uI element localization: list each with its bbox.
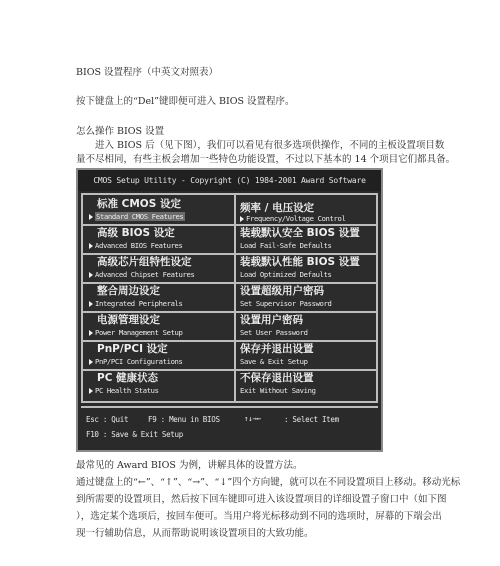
triangle-right-icon bbox=[240, 216, 244, 222]
doc-del-instruction: 按下键盘上的“Del”键即便可进入 BIOS 设置程序。 bbox=[76, 95, 295, 108]
bios-item-pc-health[interactable]: PC 健康状态 PC Health Status bbox=[83, 371, 234, 398]
bios-item-en: Advanced Chipset Features bbox=[95, 270, 194, 279]
triangle-right-icon bbox=[89, 214, 93, 220]
triangle-right-icon bbox=[89, 330, 93, 336]
bios-item-load-fail-safe[interactable]: 装载默认安全 BIOS 设置 Load Fail-Safe Defaults bbox=[236, 226, 376, 255]
bios-item-cn: 电源管理设定 bbox=[97, 314, 160, 327]
bios-item-en: Set Supervisor Password bbox=[240, 298, 331, 309]
bios-menu-grid: 标准 CMOS 设定 Standard CMOS Features 高级 BIO… bbox=[81, 193, 378, 403]
bios-item-supervisor-password[interactable]: 设置超级用户密码 Set Supervisor Password bbox=[236, 284, 376, 313]
bios-footer-help: Esc : Quit F9 : Menu in BIOS ↑↓→← : Sele… bbox=[81, 406, 378, 447]
f10-save-exit-hint: F10 : Save & Exit Setup bbox=[86, 430, 183, 439]
bios-right-column: 频率 / 电压设定 Frequency/Voltage Control 装载默认… bbox=[236, 195, 376, 401]
section-heading: 怎么操作 BIOS 设置 bbox=[76, 125, 164, 138]
bios-item-cn: PC 健康状态 bbox=[97, 372, 158, 385]
bios-item-power-management[interactable]: 电源管理设定 Power Management Setup bbox=[83, 313, 234, 342]
triangle-right-icon bbox=[89, 243, 93, 249]
intro-paragraph-line-1: 进入 BIOS 后（见下图），我们可以看见有很多选项供操作，不同的主板设置项目数 bbox=[76, 139, 444, 152]
navigation-paragraph-line-4: 现一行辅助信息，从而帮助说明该设置项目的大致功能。 bbox=[76, 527, 314, 540]
intro-paragraph-line-2: 量不尽相同，有些主板会增加一些特色功能设置，不过以下基本的 14 个项目它们都具… bbox=[76, 153, 455, 166]
bios-item-cn: 保存并退出设置 bbox=[240, 343, 314, 356]
bios-item-en: Save & Exit Setup bbox=[240, 356, 308, 367]
bios-item-cn: 装载默认性能 BIOS 设置 bbox=[240, 256, 360, 269]
bios-item-save-exit[interactable]: 保存并退出设置 Save & Exit Setup bbox=[236, 342, 376, 371]
bios-item-pnp-pci[interactable]: PnP/PCI 设定 PnP/PCI Configurations bbox=[83, 342, 234, 371]
bios-item-cn: 装载默认安全 BIOS 设置 bbox=[240, 227, 360, 240]
bios-item-cn: 高级芯片组特性设定 bbox=[97, 256, 192, 269]
triangle-right-icon bbox=[89, 272, 93, 278]
bios-item-en: Integrated Peripherals bbox=[95, 299, 183, 308]
bios-item-en: Power Management Setup bbox=[95, 328, 183, 337]
bios-item-cn: PnP/PCI 设定 bbox=[97, 343, 168, 356]
bios-title-bar: CMOS Setup Utility - Copyright (C) 1984-… bbox=[78, 170, 381, 191]
triangle-right-icon bbox=[89, 359, 93, 365]
triangle-right-icon bbox=[89, 301, 93, 307]
bios-item-cn: 整合周边设定 bbox=[97, 285, 160, 298]
triangle-right-icon bbox=[89, 388, 93, 394]
bios-screenshot: CMOS Setup Utility - Copyright (C) 1984-… bbox=[76, 168, 383, 452]
navigation-paragraph-line-3: ），选定某个选项后，按回车便可。当用户将光标移动到不同的选项时，屏幕的下端会出 bbox=[76, 510, 442, 523]
bios-item-load-optimized[interactable]: 装载默认性能 BIOS 设置 Load Optimized Defaults bbox=[236, 255, 376, 284]
navigation-paragraph-line-2: 到所需要的设置项目，然后按下回车键即可进入该设置项目的详细设置子窗口中（如下图 bbox=[76, 493, 447, 506]
bios-item-standard-cmos[interactable]: 标准 CMOS 设定 Standard CMOS Features bbox=[83, 197, 234, 226]
bios-item-integrated-peripherals[interactable]: 整合周边设定 Integrated Peripherals bbox=[83, 284, 234, 313]
bios-item-frequency-voltage[interactable]: 频率 / 电压设定 Frequency/Voltage Control bbox=[236, 197, 376, 226]
bios-item-user-password[interactable]: 设置用户密码 Set User Password bbox=[236, 313, 376, 342]
bios-item-en: Advanced BIOS Features bbox=[95, 241, 183, 250]
navigation-paragraph-line-1: 通过键盘上的“←”、“↑”、“→”、“↓”四个方向键，就可以在不同设置项目上移动… bbox=[76, 476, 460, 489]
bios-item-en: Exit Without Saving bbox=[240, 385, 316, 396]
bios-item-en: PnP/PCI Configurations bbox=[95, 357, 183, 366]
bios-item-cn: 高级 BIOS 设定 bbox=[97, 227, 175, 240]
bios-item-advanced-chipset[interactable]: 高级芯片组特性设定 Advanced Chipset Features bbox=[83, 255, 234, 284]
doc-title: BIOS 设置程序（中英文对照表） bbox=[76, 66, 218, 79]
bios-item-cn: 不保存退出设置 bbox=[240, 372, 314, 385]
select-item-hint: : Select Item bbox=[284, 415, 339, 424]
bios-item-cn: 设置用户密码 bbox=[240, 314, 303, 327]
esc-quit-hint: Esc : Quit bbox=[86, 415, 128, 424]
bios-item-en: Frequency/Voltage Control bbox=[246, 214, 345, 223]
bios-item-en: Standard CMOS Features bbox=[95, 212, 185, 221]
bios-item-advanced-bios[interactable]: 高级 BIOS 设定 Advanced BIOS Features bbox=[83, 226, 234, 255]
f9-menu-hint: F9 : Menu in BIOS bbox=[148, 415, 220, 424]
bios-left-column: 标准 CMOS 设定 Standard CMOS Features 高级 BIO… bbox=[83, 195, 236, 401]
bios-item-en: Load Optimized Defaults bbox=[240, 269, 331, 280]
bios-item-en: PC Health Status bbox=[95, 386, 159, 395]
arrow-keys-icon: ↑↓→← bbox=[244, 414, 261, 423]
bios-item-cn: 设置超级用户密码 bbox=[240, 285, 324, 298]
bios-item-cn: 标准 CMOS 设定 bbox=[97, 198, 181, 211]
bios-item-exit-without-saving[interactable]: 不保存退出设置 Exit Without Saving bbox=[236, 371, 376, 398]
example-line: 最常见的 Award BIOS 为例，讲解具体的设置方法。 bbox=[76, 459, 302, 472]
bios-item-en: Load Fail-Safe Defaults bbox=[240, 240, 331, 251]
bios-item-en: Set User Password bbox=[240, 327, 308, 338]
